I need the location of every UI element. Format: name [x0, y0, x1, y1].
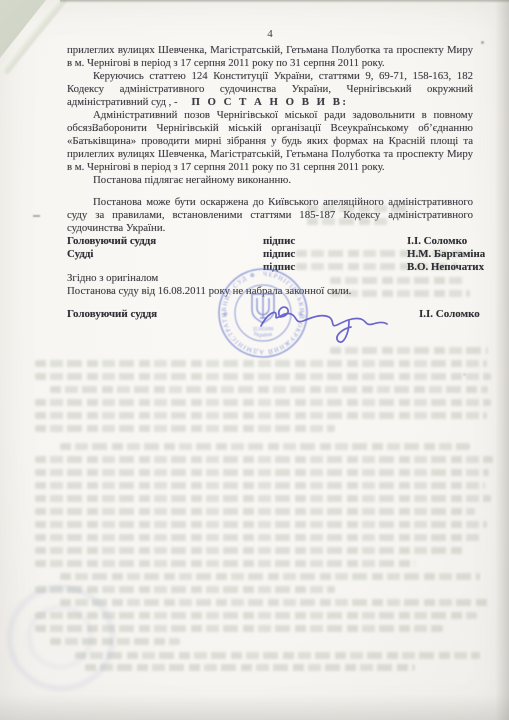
judge-role: Судді [67, 248, 263, 261]
bleedthrough-line [330, 277, 466, 284]
bleedthrough-line [35, 547, 463, 554]
paragraph-prohibition: Заборонити Чернігівській міській організ… [67, 122, 473, 174]
bleedthrough-line [85, 664, 415, 671]
paragraph-continuation: прилеглих вулицях Шевченка, Магістратськ… [67, 44, 473, 70]
bleedthrough-line [60, 599, 490, 606]
bleedthrough-line [35, 456, 493, 463]
bleedthrough-line [35, 399, 491, 406]
bleedthrough-line [35, 412, 487, 419]
signature-row: Судді підпис Н.М. Баргаміна [67, 248, 497, 261]
scan-artifact-dot [481, 41, 484, 44]
bleedthrough-line [60, 573, 480, 580]
bleedthrough-line [35, 508, 475, 515]
bleedthrough-stamp-inner [28, 606, 92, 668]
bleedthrough-line [60, 443, 470, 450]
judge-role: Головуючий суддя [67, 235, 263, 248]
scan-bottom-shadow [0, 694, 509, 720]
scan-artifact-dash [33, 215, 40, 217]
judge-name: І.І. Соломко [419, 308, 480, 320]
judge-name: Н.М. Баргаміна [407, 248, 497, 261]
signature-placeholder: підпис [263, 235, 407, 248]
judge-name: В.О. Непочатих [407, 261, 497, 274]
bleedthrough-line [35, 560, 415, 567]
scan-artifact-dot [463, 373, 466, 376]
resolution-heading: П О С Т А Н О В И В: [67, 96, 473, 109]
judge-name: І.І. Соломко [407, 235, 497, 248]
scan-right-shadow [495, 0, 509, 720]
signature-row: Головуючий суддя підпис І.І. Соломко [67, 235, 497, 248]
signature-placeholder: підпис [263, 248, 407, 261]
bleedthrough-line [35, 482, 485, 489]
bleedthrough-line [35, 469, 489, 476]
handwritten-signature [253, 284, 393, 359]
copy-certification-note: Згідно з оригіналом [67, 272, 158, 284]
seal-star-left: ✻ [223, 311, 228, 318]
bleedthrough-line [75, 652, 480, 659]
page-number: 4 [67, 28, 473, 40]
bleedthrough-line [50, 386, 488, 393]
bleedthrough-line [35, 534, 481, 541]
paper-top-edge-shadow [60, 0, 509, 3]
bleedthrough-line [35, 425, 335, 432]
scanned-court-decision-page: 4 прилеглих вулицях Шевченка, Магістратс… [0, 0, 509, 720]
bleedthrough-line [35, 373, 491, 380]
bleedthrough-line [35, 521, 487, 528]
paragraph-appeal-rights: Постанова може бути оскаржена до Київськ… [67, 196, 473, 235]
bleedthrough-line [35, 495, 491, 502]
paragraph-immediate-execution: Постанова підлягає негайному виконанню. [67, 174, 473, 187]
